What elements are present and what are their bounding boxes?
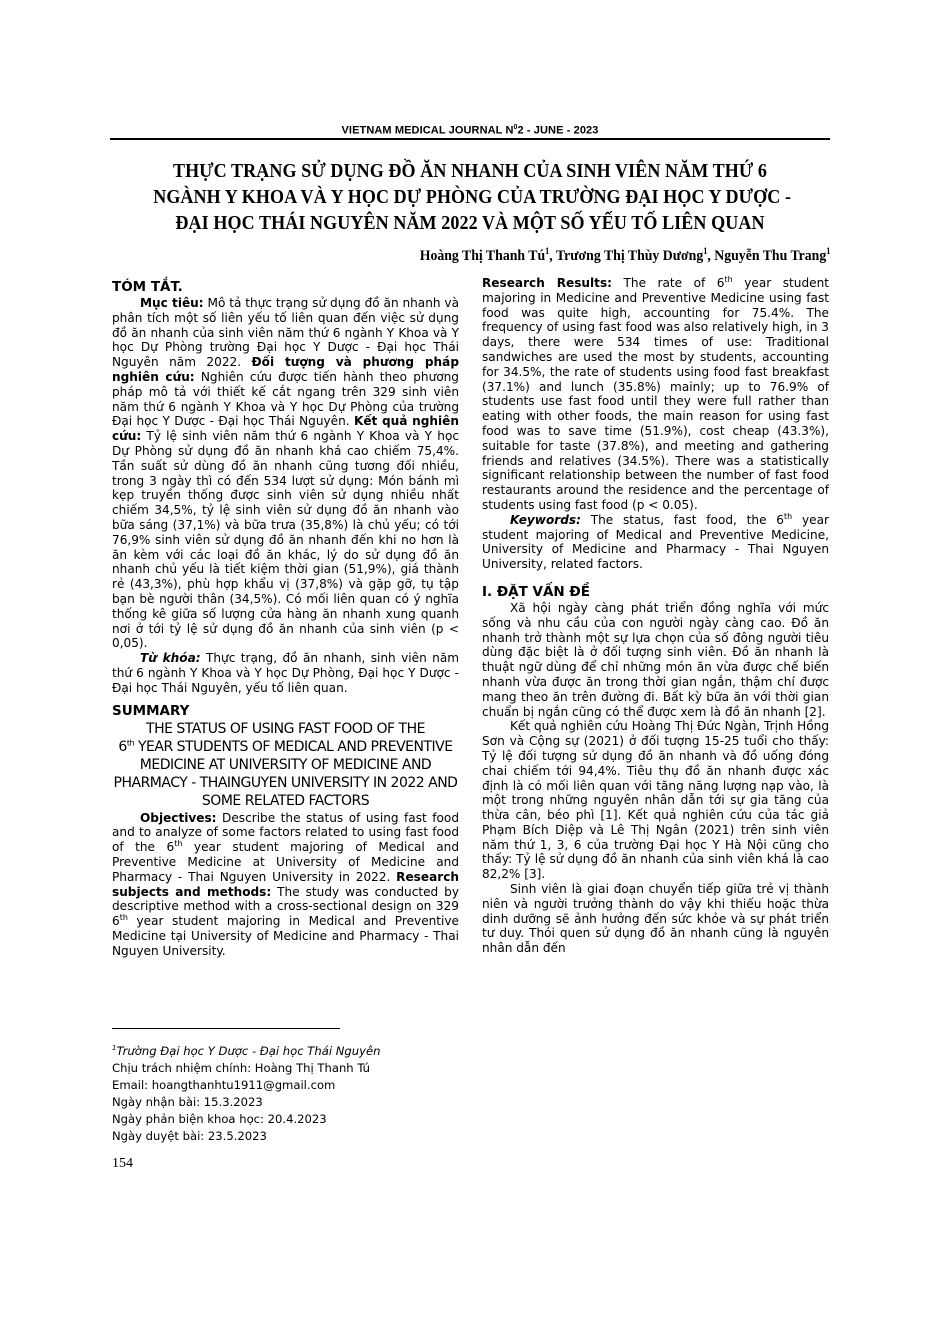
responsible-author: Chịu trách nhiệm chính: Hoàng Thị Thanh … <box>112 1060 459 1077</box>
objectives-label: Objectives: <box>140 811 217 825</box>
summary-body-cont: Research Results: The rate of 6th year s… <box>482 276 829 513</box>
author-affil: 1 <box>826 246 830 256</box>
author-name: Trương Thị Thùy Dương <box>556 248 703 264</box>
ordinal-sup: th <box>725 275 733 284</box>
date-accepted: Ngày duyệt bài: 23.5.2023 <box>112 1128 459 1145</box>
summary-body: Objectives: Describe the status of using… <box>112 811 459 959</box>
affiliation-text: Trường Đại học Y Dược - Đại học Thái Ngu… <box>116 1044 380 1058</box>
research-results-text-cont: year student majoring in Medicine and Pr… <box>482 276 829 512</box>
section-1-heading: I. ĐẶT VẤN ĐỀ <box>482 584 829 601</box>
ordinal-sup: th <box>120 913 128 922</box>
journal-page: VIETNAM MEDICAL JOURNAL N02 - JUNE - 202… <box>0 0 942 1333</box>
research-methods-text-cont: year student majoring in Medical and Pre… <box>112 914 459 958</box>
section-1-paragraph: Xã hội ngày càng phát triển đồng nghĩa v… <box>482 601 829 719</box>
keywords-en: Keywords: The status, fast food, the 6th… <box>482 513 829 572</box>
keywords-vi-label: Từ khóa: <box>140 651 201 665</box>
research-results-label: Research Results: <box>482 276 612 290</box>
footnote: 1Trường Đại học Y Dược - Đại học Thái Ng… <box>112 1040 459 1145</box>
issue-info: 2 - JUNE - 2023 <box>518 125 599 137</box>
summary-title-line1: THE STATUS OF USING FAST FOOD OF THE <box>146 721 425 737</box>
section-1-paragraph: Sinh viên là giai đoạn chuyển tiếp giữa … <box>482 882 829 956</box>
contact-email: Email: hoangthanhtu1911@gmail.com <box>112 1077 459 1094</box>
ordinal-sup: th <box>784 512 792 521</box>
author-affil: 1 <box>703 246 707 256</box>
research-results-text: The rate of 6 <box>612 276 725 290</box>
journal-name: VIETNAM MEDICAL JOURNAL N <box>342 125 514 137</box>
header-rule <box>110 138 830 140</box>
right-column: Research Results: The rate of 6th year s… <box>482 276 829 956</box>
left-column: TÓM TẮT. Mục tiêu: Mô tả thực trạng sử d… <box>112 279 459 959</box>
author-name: Nguyễn Thu Trang <box>714 248 826 264</box>
abstract-vi-heading: TÓM TẮT. <box>112 279 459 296</box>
abstract-vi-body: Mục tiêu: Mô tả thực trạng sử dụng đồ ăn… <box>112 296 459 651</box>
title-line: THỰC TRẠNG SỬ DỤNG ĐỒ ĂN NHANH CỦA SINH … <box>153 158 787 184</box>
results-text: Tỷ lệ sinh viên năm thứ 6 ngành Y Khoa v… <box>112 429 459 650</box>
author-affil: 1 <box>545 246 549 256</box>
author-name: Hoàng Thị Thanh Tú <box>419 248 544 264</box>
affiliation-note: 1Trường Đại học Y Dược - Đại học Thái Ng… <box>112 1040 459 1060</box>
date-reviewed: Ngày phản biện khoa học: 20.4.2023 <box>112 1111 459 1128</box>
summary-heading: SUMMARY <box>112 703 459 720</box>
title-line: ĐẠI HỌC THÁI NGUYÊN NĂM 2022 VÀ MỘT SỐ Y… <box>153 210 787 236</box>
page-number: 154 <box>112 1156 133 1172</box>
keywords-en-label: Keywords: <box>510 513 581 527</box>
section-1-paragraph: Kết quả nghiên cứu Hoàng Thị Đức Ngàn, T… <box>482 719 829 882</box>
date-received: Ngày nhận bài: 15.3.2023 <box>112 1094 459 1111</box>
summary-title-sup: th <box>127 738 134 747</box>
author-list: Hoàng Thị Thanh Tú1, Trương Thị Thùy Dươ… <box>419 246 830 265</box>
keywords-en-text: The status, fast food, the 6 <box>581 513 784 527</box>
footnote-rule <box>112 1028 340 1029</box>
summary-title-num: 6 <box>118 739 126 755</box>
article-title: THỰC TRẠNG SỬ DỤNG ĐỒ ĂN NHANH CỦA SINH … <box>153 158 787 236</box>
summary-title: THE STATUS OF USING FAST FOOD OF THE 6th… <box>112 720 459 811</box>
keywords-vi: Từ khóa: Thực trạng, đồ ăn nhanh, sinh v… <box>112 651 459 695</box>
summary-title-rest: YEAR STUDENTS OF MEDICAL AND PREVENTIVE … <box>114 739 458 810</box>
title-line: NGÀNH Y KHOA VÀ Y HỌC DỰ PHÒNG CỦA TRƯỜN… <box>153 184 787 210</box>
objective-label: Mục tiêu: <box>140 296 204 310</box>
